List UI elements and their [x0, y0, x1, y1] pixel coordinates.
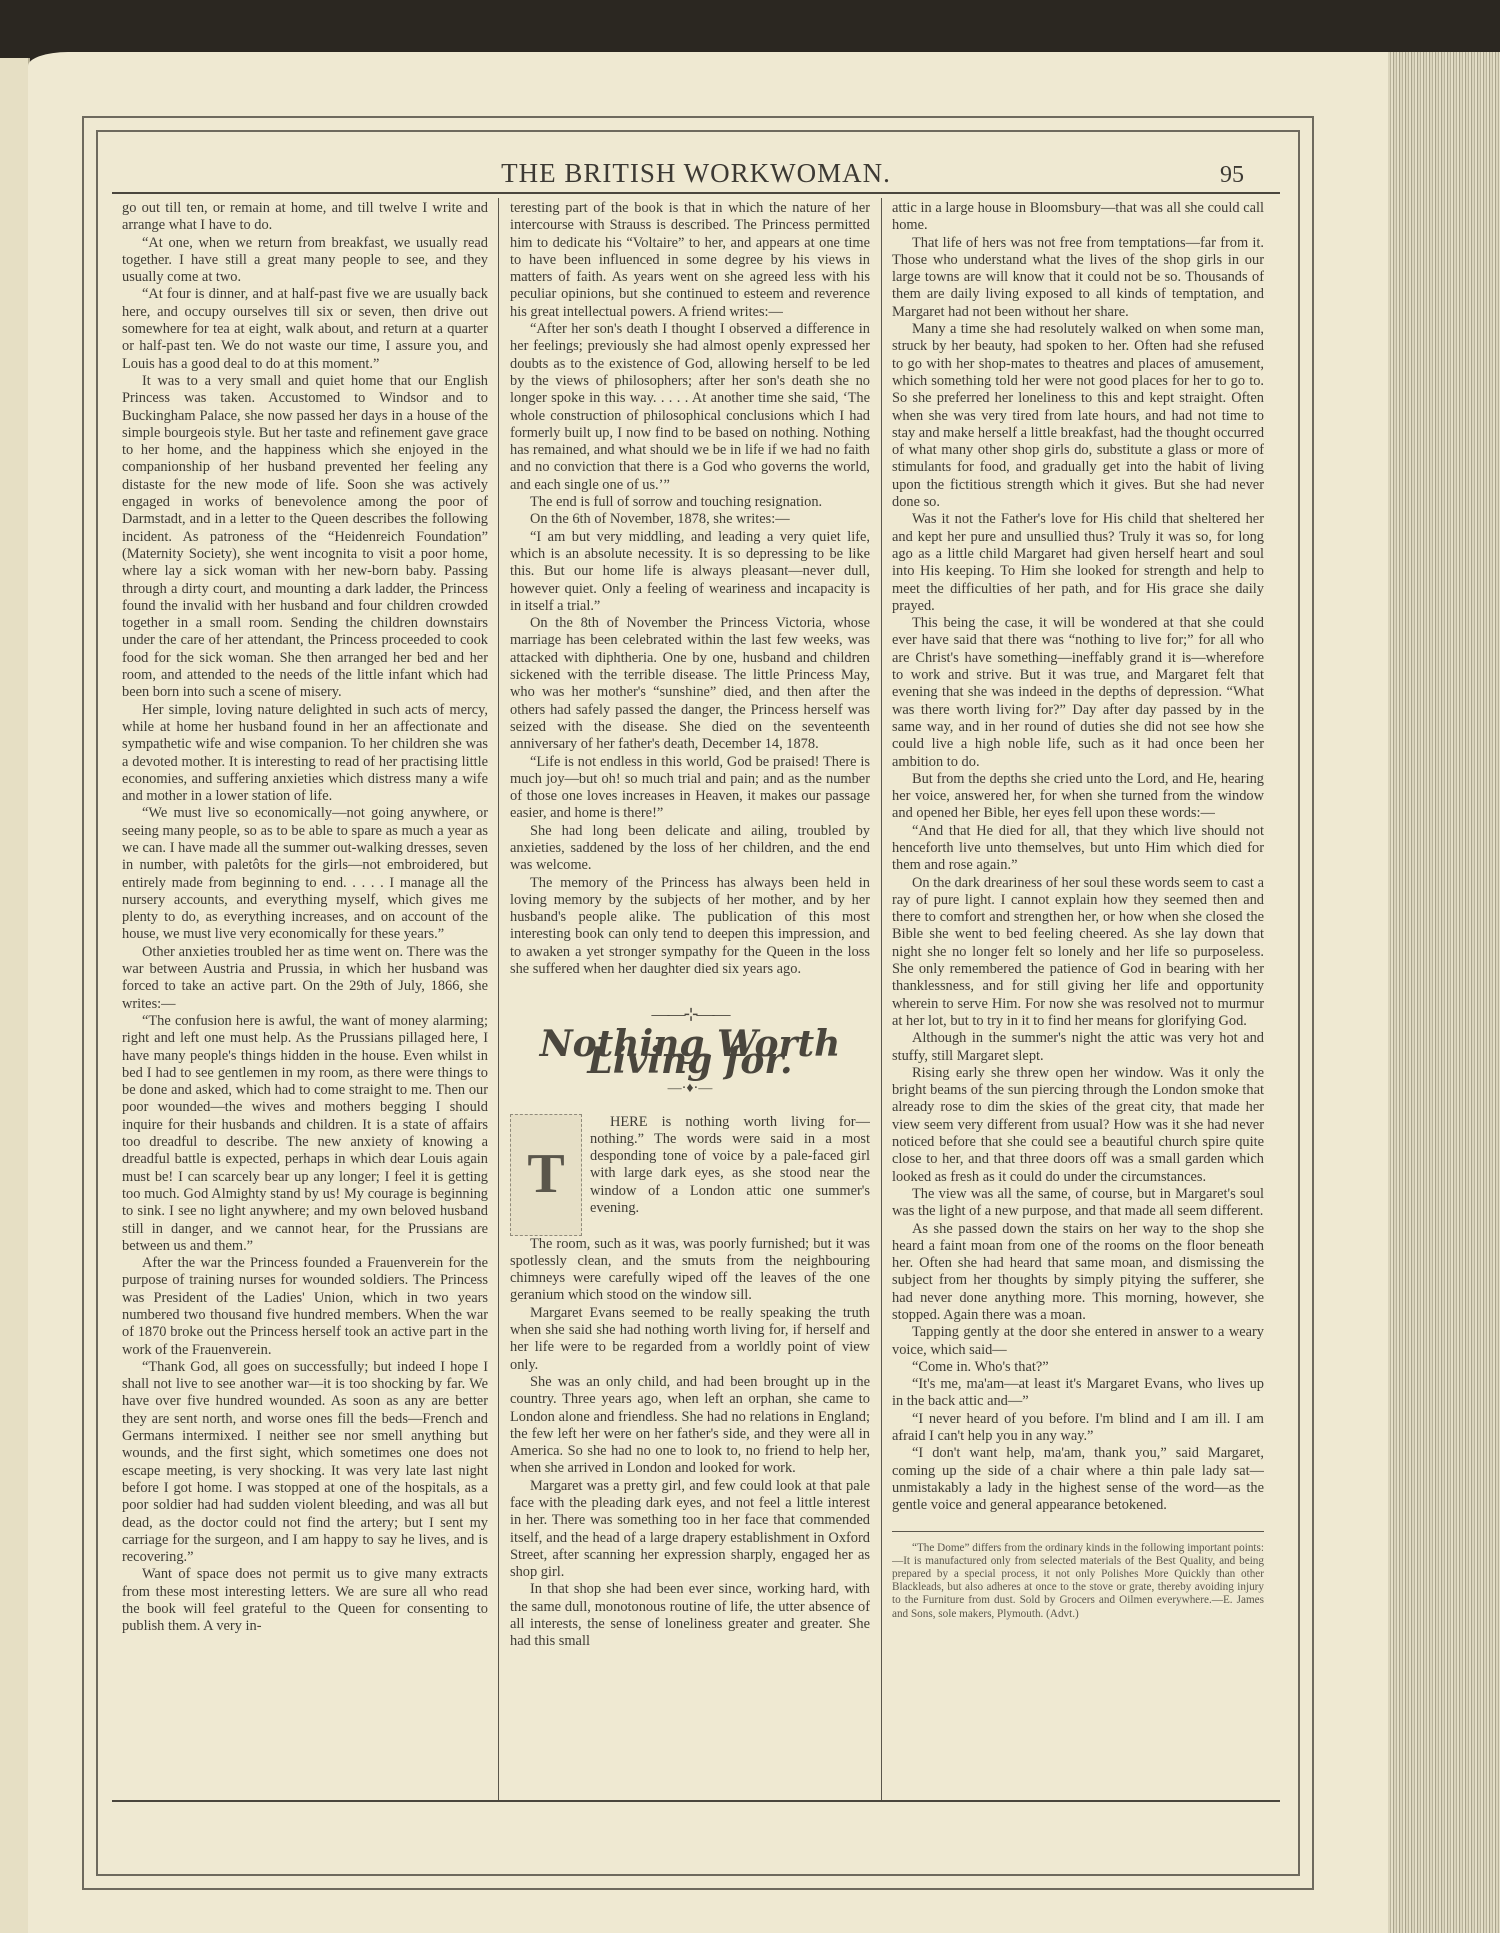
illuminated-dropcap: T [510, 1114, 582, 1236]
paragraph: attic in a large house in Bloomsbury—tha… [892, 200, 1264, 235]
column-3: attic in a large house in Bloomsbury—tha… [892, 200, 1264, 1798]
paragraph: HERE is nothing worth living for—nothing… [590, 1114, 870, 1236]
paragraph: Was it not the Father's love for His chi… [892, 511, 1264, 615]
paragraph: The view was all the same, of course, bu… [892, 1186, 1264, 1221]
paragraph: “At four is dinner, and at half-past fiv… [122, 286, 488, 372]
paragraph: She was an only child, and had been brou… [510, 1374, 870, 1478]
story-title: Nothing Worth Living for. [510, 1036, 870, 1071]
paragraph: Many a time she had resolutely walked on… [892, 321, 1264, 511]
paragraph: “Thank God, all goes on successfully; bu… [122, 1359, 488, 1567]
paragraph: Other anxieties troubled her as time wen… [122, 944, 488, 1013]
paragraph: Want of space does not permit us to give… [122, 1566, 488, 1635]
paragraph: On the dark dreariness of her soul these… [892, 875, 1264, 1031]
column-2: teresting part of the book is that in wh… [510, 200, 870, 1798]
running-head: THE BRITISH WORKWOMAN. 95 [96, 158, 1296, 190]
paragraph: Although in the summer's night the attic… [892, 1030, 1264, 1065]
paragraph: That life of hers was not free from temp… [892, 235, 1264, 321]
footer-rule [112, 1800, 1280, 1802]
paragraph: On the 8th of November the Princess Vict… [510, 615, 870, 753]
page-fore-edge [1388, 52, 1500, 1933]
column-1: go out till ten, or remain at home, and … [122, 200, 488, 1798]
paragraph: “I don't want help, ma'am, thank you,” s… [892, 1445, 1264, 1514]
paragraph: Tapping gently at the door she entered i… [892, 1324, 1264, 1359]
paragraph: As she passed down the stairs on her way… [892, 1221, 1264, 1325]
column-divider [881, 198, 882, 1802]
paragraph: “We must live so economically—not going … [122, 805, 488, 943]
paragraph: “Life is not endless in this world, God … [510, 754, 870, 823]
paragraph: On the 6th of November, 1878, she writes… [510, 511, 870, 528]
paragraph: The room, such as it was, was poorly fur… [510, 1236, 870, 1305]
paragraph: “It's me, ma'am—at least it's Margaret E… [892, 1376, 1264, 1411]
story-opening: T HERE is nothing worth living for—nothi… [510, 1114, 870, 1236]
paragraph: But from the depths she cried unto the L… [892, 771, 1264, 823]
paragraph: Margaret Evans seemed to be really speak… [510, 1305, 870, 1374]
paragraph: Her simple, loving nature delighted in s… [122, 702, 488, 806]
paragraph: The end is full of sorrow and touching r… [510, 494, 870, 511]
paragraph: “Come in. Who's that?” [892, 1359, 1264, 1376]
paragraph: “The confusion here is awful, the want o… [122, 1013, 488, 1255]
paragraph: After the war the Princess founded a Fra… [122, 1255, 488, 1359]
paragraph: This being the case, it will be wondered… [892, 615, 1264, 771]
facing-page-edge [0, 58, 30, 1933]
paragraph: “I never heard of you before. I'm blind … [892, 1411, 1264, 1446]
paragraph: The memory of the Princess has always be… [510, 875, 870, 979]
paragraph: She had long been delicate and ailing, t… [510, 823, 870, 875]
paragraph: “I am but very middling, and leading a v… [510, 529, 870, 615]
paragraph: “And that He died for all, that they whi… [892, 823, 1264, 875]
advertisement-rule [892, 1531, 1264, 1532]
paragraph: Margaret was a pretty girl, and few coul… [510, 1478, 870, 1582]
publication-title: THE BRITISH WORKWOMAN. [96, 158, 1296, 189]
advertisement: “The Dome” differs from the ordinary kin… [892, 1542, 1264, 1621]
paragraph: teresting part of the book is that in wh… [510, 200, 870, 321]
paragraph: “After her son's death I thought I obser… [510, 321, 870, 494]
column-divider [498, 198, 499, 1802]
paragraph: go out till ten, or remain at home, and … [122, 200, 488, 235]
paragraph: It was to a very small and quiet home th… [122, 373, 488, 702]
paragraph: In that shop she had been ever since, wo… [510, 1581, 870, 1650]
page-number: 95 [1220, 162, 1244, 189]
ornament-divider-small: —⋅♦⋅— [510, 1080, 870, 1097]
header-rule [112, 192, 1280, 194]
ornament-divider: ——⊹—— [510, 1006, 870, 1023]
paragraph: Rising early she threw open her window. … [892, 1065, 1264, 1186]
paragraph: “At one, when we return from breakfast, … [122, 235, 488, 287]
